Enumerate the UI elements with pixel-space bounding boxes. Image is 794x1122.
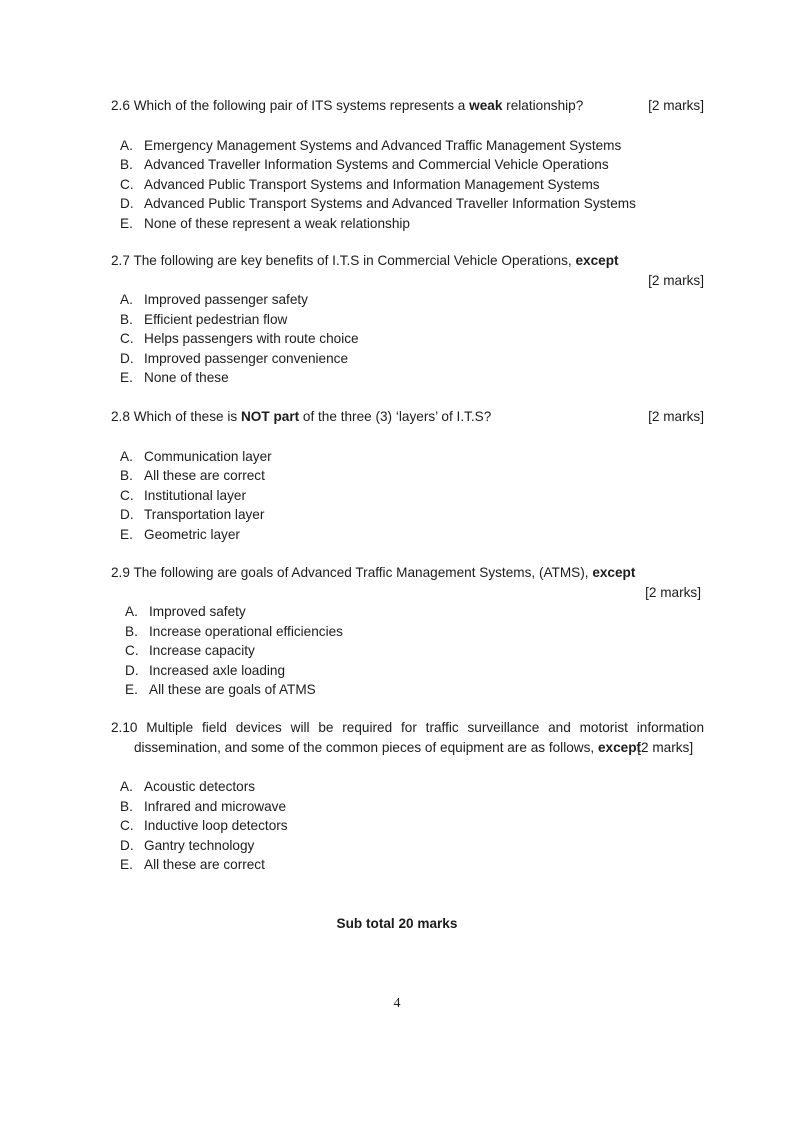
option-d: D.Advanced Public Transport Systems and … [111,194,704,214]
option-a: A.Improved passenger safety [111,290,704,310]
options-list: A.Improved passenger safety B.Efficient … [111,290,704,388]
options-list: A.Acoustic detectors B.Infrared and micr… [111,777,704,875]
marks-label: [2 marks] [648,96,704,116]
question-stem: 2.7 The following are key benefits of I.… [111,251,704,290]
option-d: D.Gantry technology [111,836,704,856]
option-c: C.Advanced Public Transport Systems and … [111,175,704,195]
question-stem: 2.8 Which of these is NOT part of the th… [111,407,704,427]
option-e: E.Geometric layer [111,525,704,545]
options-list: A.Improved safety B.Increase operational… [111,602,701,700]
option-b: B.Advanced Traveller Information Systems… [111,155,704,175]
question-2-7: 2.7 The following are key benefits of I.… [111,251,704,388]
subtotal-label: Sub total 20 marks [0,916,794,931]
question-2-8: 2.8 Which of these is NOT part of the th… [111,407,704,544]
marks-label: [2 marks] [660,738,704,758]
option-e: E.All these are correct [111,855,704,875]
option-b: B.Increase operational efficiencies [116,622,701,642]
option-a: A.Improved safety [116,602,701,622]
option-b: B.Infrared and microwave [111,797,704,817]
option-d: D.Improved passenger convenience [111,349,704,369]
option-d: D.Increased axle loading [116,661,701,681]
marks-label: [2 marks] [111,583,701,603]
option-c: C.Increase capacity [116,641,701,661]
question-stem: 2.6 Which of the following pair of ITS s… [111,96,704,116]
option-a: A.Communication layer [111,447,704,467]
question-stem: 2.10 Multiple field devices will be requ… [111,718,704,757]
option-c: C.Institutional layer [111,486,704,506]
options-list: A.Emergency Management Systems and Advan… [111,136,704,234]
question-number: 2.10 [111,720,137,735]
page-number: 4 [0,996,794,1012]
question-stem: 2.9 The following are goals of Advanced … [111,563,701,602]
option-c: C.Inductive loop detectors [111,816,704,836]
marks-label: [2 marks] [648,407,704,427]
option-e: E.All these are goals of ATMS [116,680,701,700]
marks-label: [2 marks] [111,271,704,291]
option-e: E.None of these represent a weak relatio… [111,214,704,234]
exam-page: 2.6 Which of the following pair of ITS s… [0,0,794,1122]
question-number: 2.7 [111,253,130,268]
question-number: 2.8 [111,409,130,424]
question-number: 2.9 [111,565,130,580]
option-e: E.None of these [111,368,704,388]
option-b: B.All these are correct [111,466,704,486]
option-a: A.Emergency Management Systems and Advan… [111,136,704,156]
option-c: C.Helps passengers with route choice [111,329,704,349]
question-2-10: 2.10 Multiple field devices will be requ… [111,718,704,875]
option-d: D.Transportation layer [111,505,704,525]
question-number: 2.6 [111,98,130,113]
option-b: B.Efficient pedestrian flow [111,310,704,330]
option-a: A.Acoustic detectors [111,777,704,797]
options-list: A.Communication layer B.All these are co… [111,447,704,545]
question-2-6: 2.6 Which of the following pair of ITS s… [111,96,704,233]
question-2-9: 2.9 The following are goals of Advanced … [111,563,701,700]
